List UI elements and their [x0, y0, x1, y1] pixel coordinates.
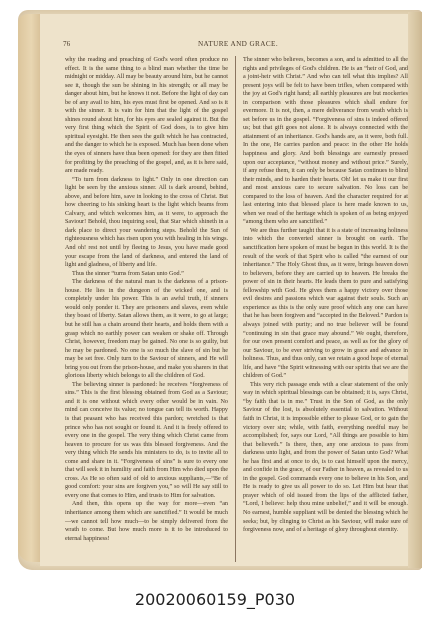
page-edge-right — [408, 12, 422, 568]
paragraph: We are thus further taught that it is a … — [243, 227, 408, 381]
running-head: 76 NATURE AND GRACE. — [63, 40, 413, 50]
running-title: NATURE AND GRACE. — [63, 40, 413, 48]
paragraph: “To turn from darkness to light.” Only i… — [65, 176, 228, 270]
column-divider — [235, 56, 236, 562]
paragraph: The believing sinner is pardoned: he rec… — [65, 381, 228, 501]
right-column: The sinner who believes, becomes a son, … — [243, 56, 408, 535]
paragraph: Thus the sinner “turns from Satan unto G… — [65, 270, 228, 279]
paragraph: This very rich passage ends with a clear… — [243, 381, 408, 535]
page-edge-left — [18, 14, 40, 562]
paragraph: The sinner who believes, becomes a son, … — [243, 56, 408, 227]
image-id-caption: 20020060159_P030 — [0, 590, 430, 609]
paragraph: And then, this opens up the way for more… — [65, 500, 228, 543]
left-column: why the reading and preaching of God's w… — [65, 56, 228, 543]
paragraph: why the reading and preaching of God's w… — [65, 56, 228, 176]
paragraph: The darkness of the natural man is the d… — [65, 278, 228, 381]
